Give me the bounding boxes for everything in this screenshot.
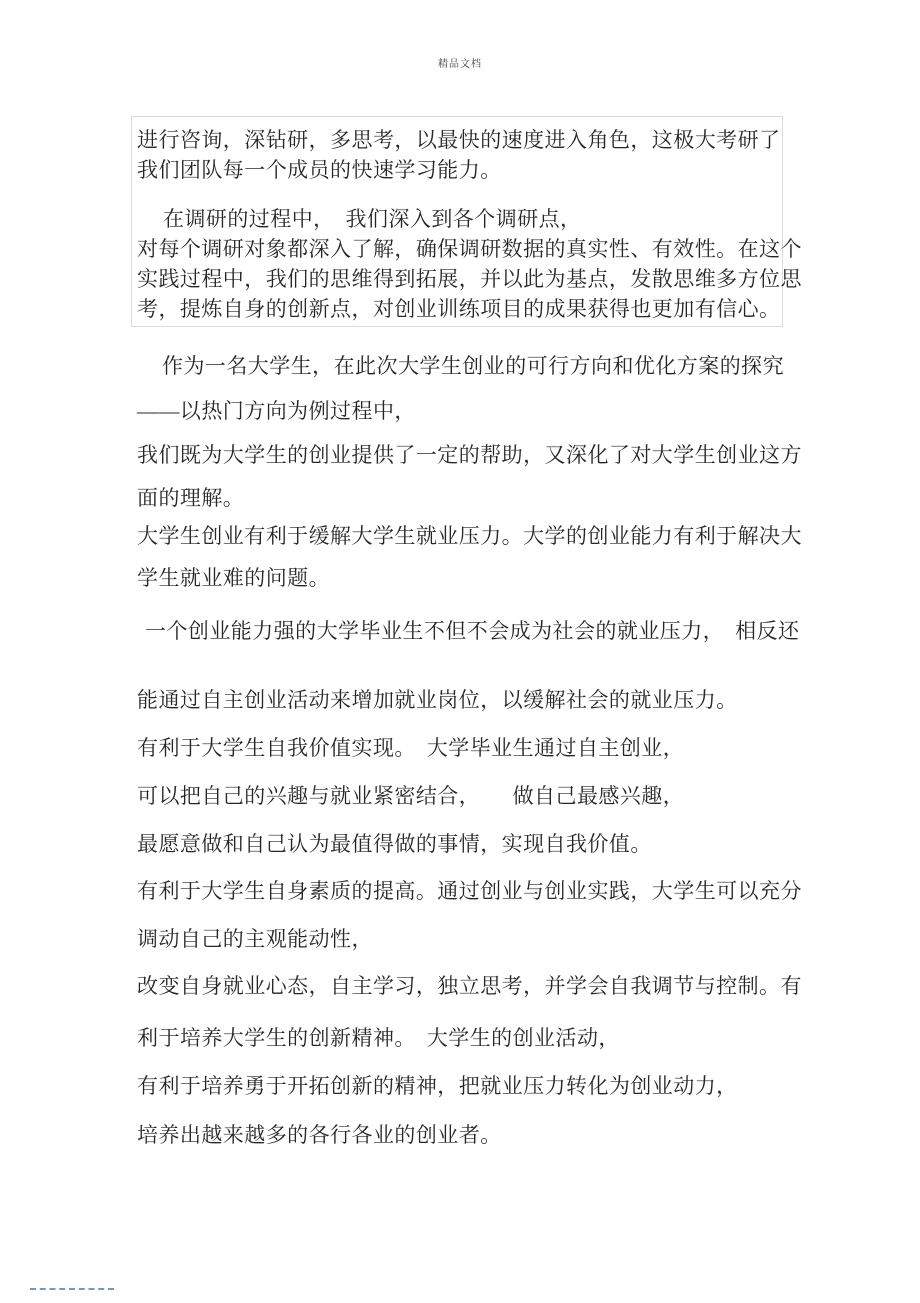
text-line: 一个创业能力强的大学毕业生不但不会成为社会的就业压力， 相反还 [137, 617, 799, 645]
bordered-text-block: 进行咨询，深钻研，多思考，以最快的速度进入角色，这极大考研了 我们团队每一个成员… [131, 116, 783, 327]
document-page: 精品文档 进行咨询，深钻研，多思考，以最快的速度进入角色，这极大考研了 我们团队… [0, 0, 920, 1303]
text-line: 改变自身就业心态，自主学习，独立思考，并学会自我调节与控制。有 [137, 972, 802, 1000]
text-line: 考，提炼自身的创新点，对创业训练项目的成果获得也更加有信心。 [137, 293, 782, 323]
page-break-mark-icon [30, 1288, 114, 1290]
text-line: 最愿意做和自己认为最值得做的事情，实现自我价值。 [137, 830, 652, 858]
text-line: 有利于大学生自我价值实现。 大学毕业生通过自主创业， [137, 734, 684, 762]
text-line: 培养出越来越多的各行各业的创业者。 [137, 1121, 502, 1149]
page-title: 精品文档 [0, 55, 920, 70]
text-line: 实践过程中，我们的思维得到拓展，并以此为基点，发散思维多方位思 [137, 263, 782, 293]
text-line: 我们团队每一个成员的快速学习能力。 [137, 154, 782, 184]
text-line: 可以把自己的兴趣与就业紧密结合， 做自己最感兴趣， [137, 782, 684, 810]
text-line: 学生就业难的问题。 [137, 564, 330, 592]
text-line: 调动自己的主观能动性， [137, 925, 373, 953]
text-line: 作为一名大学生，在此次大学生创业的可行方向和优化方案的探究 [137, 352, 784, 380]
text-line: 对每个调研对象都深入了解，确保调研数据的真实性、有效性。在这个 [137, 233, 782, 263]
text-line: 有利于大学生自身素质的提高。通过创业与创业实践，大学生可以充分 [137, 877, 802, 905]
text-line: ——以热门方向为例过程中， [137, 397, 416, 425]
text-line: 我们既为大学生的创业提供了一定的帮助，又深化了对大学生创业这方 [137, 441, 802, 469]
text-line: 进行咨询，深钻研，多思考，以最快的速度进入角色，这极大考研了 [137, 124, 782, 154]
text-line: 在调研的过程中， 我们深入到各个调研点， [137, 203, 782, 233]
text-line: 利于培养大学生的创新精神。 大学生的创业活动， [137, 1024, 620, 1052]
text-line: 能通过自主创业活动来增加就业岗位，以缓解社会的就业压力。 [137, 686, 738, 714]
text-line: 面的理解。 [137, 484, 244, 512]
text-line: 大学生创业有利于缓解大学生就业压力。大学的创业能力有利于解决大 [137, 522, 802, 550]
text-line: 有利于培养勇于开拓创新的精神，把就业压力转化为创业动力， [137, 1072, 738, 1100]
